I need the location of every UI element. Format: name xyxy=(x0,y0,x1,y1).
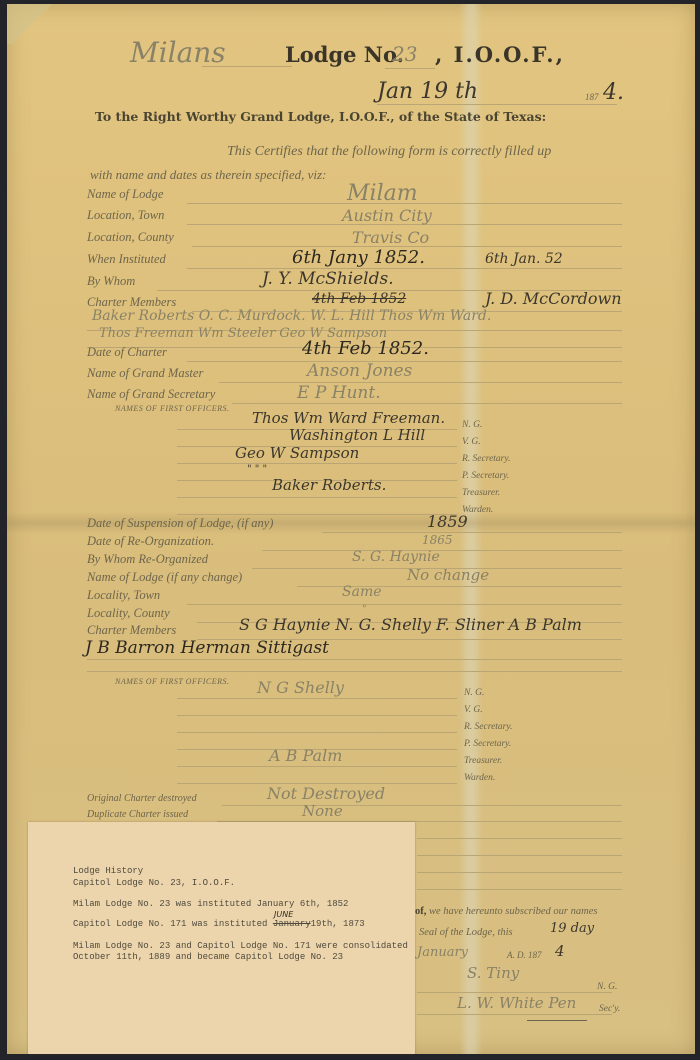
signature-secretary: L. W. White Pen xyxy=(457,994,576,1012)
rule xyxy=(262,550,622,551)
field-value: S G Haynie N. G. Shelly F. Sliner A B Pa… xyxy=(239,615,582,634)
closing-year: 4 xyxy=(555,942,565,960)
folded-corner xyxy=(7,4,67,44)
rule xyxy=(87,659,622,660)
year-suffix: 4. xyxy=(603,80,624,105)
field-value: No change xyxy=(407,566,489,584)
second-officers-heading: NAMES OF FIRST OFFICERS. xyxy=(115,677,230,686)
signature-underline xyxy=(527,1020,587,1021)
note-para-2-struck: January xyxy=(273,919,311,929)
field-value: 1865 xyxy=(422,533,453,547)
field-label: Location, County xyxy=(87,230,174,245)
lodge-number: 23 xyxy=(392,42,417,66)
rule xyxy=(177,732,457,733)
officer-title: P. Secretary. xyxy=(464,739,511,749)
closing-line-2: Seal of the Lodge, this xyxy=(419,927,513,938)
charter-members-line-2: J B Barron Herman Sittigast xyxy=(85,638,329,658)
field-value: " xyxy=(362,604,367,615)
note-para-2: Capitol Lodge No. 171 was instituted Jan… xyxy=(73,919,365,929)
lodge-label: Lodge No. xyxy=(285,42,404,67)
field-label: Locality, Town xyxy=(87,588,160,603)
field-label: Name of Lodge (if any change) xyxy=(87,570,242,585)
field-value: Austin City xyxy=(342,206,432,225)
officer-name: A B Palm xyxy=(269,746,342,765)
officer-title: P. Secretary. xyxy=(462,471,509,481)
field-value: Same xyxy=(342,584,382,600)
field-label: Date of Re-Organization. xyxy=(87,534,214,549)
field-value: E P Hunt. xyxy=(297,383,381,403)
field-value: 1859 xyxy=(427,512,468,531)
field-value: Milam xyxy=(347,181,418,206)
rule xyxy=(417,1014,612,1015)
officer-name: N G Shelly xyxy=(257,678,344,697)
officer-name: Baker Roberts. xyxy=(272,476,386,494)
officer-title: Treasurer. xyxy=(464,756,502,766)
order-abbrev: , I.O.O.F., xyxy=(435,42,565,67)
rule xyxy=(219,382,622,383)
field-label: When Instituted xyxy=(87,252,166,267)
note-title: Lodge History xyxy=(73,866,143,876)
field-label: Locality, County xyxy=(87,606,170,621)
officer-title: V. G. xyxy=(464,705,483,715)
note-para-2-prefix: Capitol Lodge No. 171 was instituted xyxy=(73,919,273,929)
officer-name: Thos Wm Ward Freeman. xyxy=(252,409,445,427)
charter-members-line-1: Baker Roberts O. C. Murdock. W. L. Hill … xyxy=(92,308,491,324)
note-para-1: Milam Lodge No. 23 was instituted Januar… xyxy=(73,899,348,909)
rule xyxy=(187,604,622,605)
field-label: Date of Suspension of Lodge, (if any) xyxy=(87,516,273,531)
note-para-2-insert: JUNE xyxy=(274,910,293,919)
lodge-name-handwritten: Milans xyxy=(130,36,226,69)
officer-title: N. G. xyxy=(462,420,482,430)
rule xyxy=(232,403,622,404)
rule xyxy=(377,104,617,105)
rule xyxy=(417,872,622,873)
closing-month: January xyxy=(417,945,468,960)
officer-title: Treasurer. xyxy=(462,488,500,498)
field-value-struck: 4th Feb 1852 xyxy=(312,291,406,307)
rule xyxy=(177,766,457,767)
note-subtitle: Capitol Lodge No. 23, I.O.O.F. xyxy=(73,878,235,888)
closing-day: 19 day xyxy=(550,921,594,936)
signature-title-secretary: Sec'y. xyxy=(599,1004,620,1014)
rule xyxy=(385,68,435,69)
field-label: Date of Charter xyxy=(87,345,167,360)
officer-name: " " " xyxy=(247,464,267,475)
closing-line-1: of, we have hereunto subscribed our name… xyxy=(415,906,597,917)
first-officers-heading: NAMES OF FIRST OFFICERS. xyxy=(115,404,230,413)
rule xyxy=(177,514,457,515)
note-para-3-line-2: October 11th, 1889 and became Capitol Lo… xyxy=(73,952,343,962)
rule xyxy=(177,698,457,699)
field-value: Travis Co xyxy=(352,228,429,247)
field-label: Charter Members xyxy=(87,623,176,638)
officer-title: R. Secretary. xyxy=(462,454,510,464)
field-value: 6th Jany 1852. xyxy=(292,247,425,268)
field-label: By Whom xyxy=(87,274,135,289)
rule xyxy=(87,671,622,672)
note-para-3-line-1: Milam Lodge No. 23 and Capitol Lodge No.… xyxy=(73,941,408,951)
officer-name: Washington L Hill xyxy=(289,426,425,444)
certification-line-1: This Certifies that the following form i… xyxy=(227,144,551,160)
field-value-2: 6th Jan. 52 xyxy=(485,251,563,267)
field-label: Name of Lodge xyxy=(87,187,163,202)
field-value: Anson Jones xyxy=(307,361,412,381)
officer-title: Warden. xyxy=(464,773,495,783)
officer-title: N. G. xyxy=(464,688,484,698)
officer-title: R. Secretary. xyxy=(464,722,512,732)
officer-name: Geo W Sampson xyxy=(235,444,359,462)
rule xyxy=(417,992,612,993)
rule xyxy=(177,497,457,498)
rule xyxy=(187,268,622,269)
field-value: 4th Feb 1852. xyxy=(302,338,429,359)
certification-line-2: with name and dates as therein specified… xyxy=(90,167,326,183)
field-value: None xyxy=(302,802,343,820)
closing-text: we have hereunto subscribed our names xyxy=(429,906,597,917)
rule xyxy=(417,855,622,856)
rule xyxy=(177,463,457,464)
rule xyxy=(177,715,457,716)
rule xyxy=(322,532,622,533)
field-value: Not Destroyed xyxy=(267,784,385,803)
field-value: J. D. McCordown xyxy=(485,289,622,308)
header-date: Jan 19 th xyxy=(377,79,478,104)
closing-bold: of, xyxy=(415,906,426,917)
field-label: Original Charter destroyed xyxy=(87,793,197,804)
field-label: Name of Grand Secretary xyxy=(87,387,215,402)
rule xyxy=(417,838,622,839)
field-label: Location, Town xyxy=(87,208,164,223)
field-label: Duplicate Charter issued xyxy=(87,809,188,820)
officer-title: V. G. xyxy=(462,437,481,447)
year-prefix: 187 xyxy=(585,92,599,102)
rule xyxy=(417,889,622,890)
field-value: S. G. Haynie xyxy=(352,549,440,565)
signature-ng: S. Tiny xyxy=(467,964,519,982)
rule xyxy=(222,805,622,806)
field-label: Name of Grand Master xyxy=(87,366,203,381)
field-label: By Whom Re-Organized xyxy=(87,552,208,567)
rule xyxy=(202,66,292,67)
signature-title-ng: N. G. xyxy=(597,982,617,992)
field-value: J. Y. McShields. xyxy=(262,269,394,289)
lodge-history-note-card: Lodge History Capitol Lodge No. 23, I.O.… xyxy=(28,822,415,1054)
note-para-2-suffix: 19th, 1873 xyxy=(311,919,365,929)
closing-year-label: A. D. 187 xyxy=(507,950,542,960)
address-line: To the Right Worthy Grand Lodge, I.O.O.F… xyxy=(95,109,546,124)
